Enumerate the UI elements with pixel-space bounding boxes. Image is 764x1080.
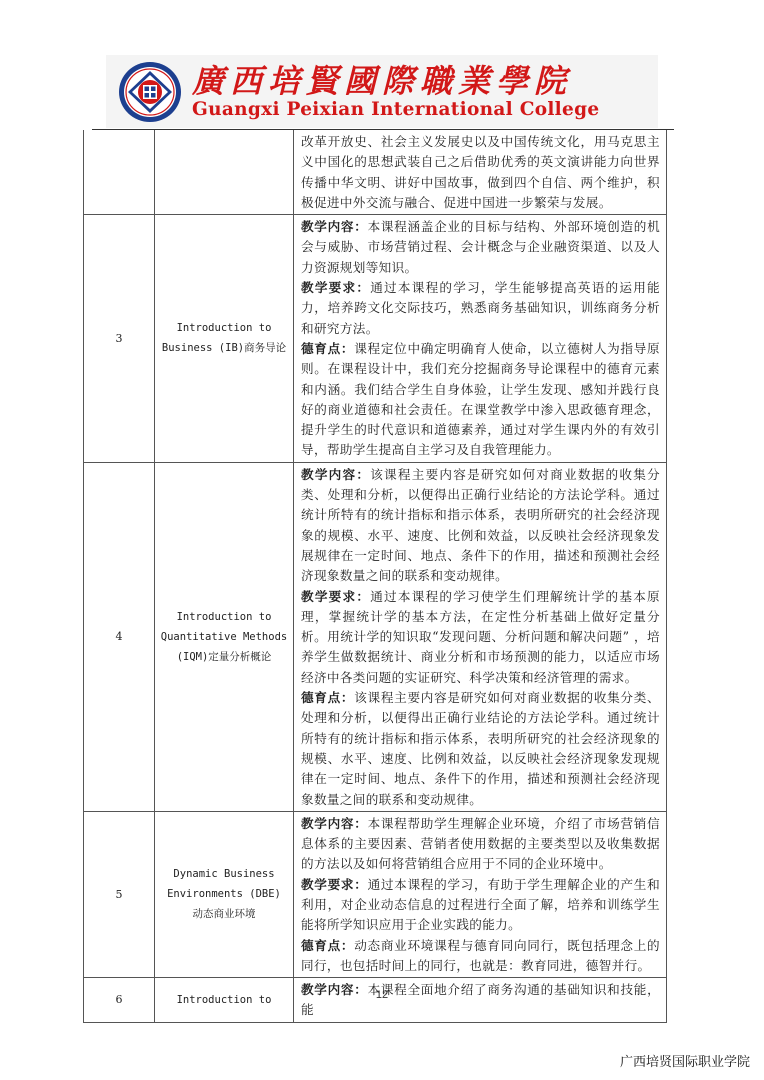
teaching-content: 教学内容：本课程帮助学生理解企业环境，介绍了市场营销信息体系的主要因素、营销者使… [301,814,660,875]
footer-college-name: 广西培贤国际职业学院 [620,1051,750,1070]
section-text: 课程定位中确定明确育人使命，以立德树人为指导原则。在课程设计中，我们充分挖掘商务… [301,341,660,457]
moral-education-points: 德育点：课程定位中确定明确育人使命，以立德树人为指导原则。在课程设计中，我们充分… [301,339,660,461]
course-description: 教学内容：该课程主要内容是研究如何对商业数据的收集分类、处理和分析，以便得出正确… [294,462,667,811]
college-emblem-icon [118,60,182,124]
moral-education-points: 德育点：该课程主要内容是研究如何对商业数据的收集分类、处理和分析，以便得出正确行… [301,688,660,810]
course-name: Dynamic Business Environments (DBE) 动态商业… [155,811,294,977]
college-name-cn: 廣西培賢國際職業學院 [192,63,599,99]
section-label: 教学内容： [301,816,368,831]
section-text: 该课程主要内容是研究如何对商业数据的收集分类、处理和分析，以便得出正确行业结论的… [301,467,660,583]
table-row: 改革开放史、社会主义发展史以及中国传统文化，用马克思主义中国化的思想武装自己之后… [84,130,667,215]
moral-education-points: 德育点：动态商业环境课程与德育同向同行，既包括理念上的同行，也包括时间上的同行，… [301,936,660,977]
header-banner: 廣西培賢國際職業學院 Guangxi Peixian International… [106,55,658,128]
course-number [84,130,155,215]
course-description: 教学内容：本课程帮助学生理解企业环境，介绍了市场营销信息体系的主要因素、营销者使… [294,811,667,977]
course-number: 3 [84,215,155,463]
section-label: 德育点： [301,341,354,356]
table-row: 5 Dynamic Business Environments (DBE) 动态… [84,811,667,977]
page-number: 12 [0,989,764,1001]
course-table: 改革开放史、社会主义发展史以及中国传统文化，用马克思主义中国化的思想武装自己之后… [83,130,667,1023]
teaching-requirements: 教学要求：通过本课程的学习，有助于学生理解企业的产生和利用，对企业动态信息的过程… [301,875,660,936]
section-label: 教学要求： [301,589,370,604]
description-paragraph: 改革开放史、社会主义发展史以及中国传统文化，用马克思主义中国化的思想武装自己之后… [301,132,660,213]
section-label: 教学要求： [301,280,370,295]
college-name-en: Guangxi Peixian International College [192,99,599,121]
course-description: 改革开放史、社会主义发展史以及中国传统文化，用马克思主义中国化的思想武装自己之后… [294,130,667,215]
course-number: 4 [84,462,155,811]
section-label: 教学内容： [301,467,370,482]
course-name [155,130,294,215]
table-row: 3 Introduction to Business (IB)商务导论 教学内容… [84,215,667,463]
course-description: 教学内容：本课程涵盖企业的目标与结构、外部环境创造的机会与威胁、市场营销过程、会… [294,215,667,463]
course-number: 5 [84,811,155,977]
college-title: 廣西培賢國際職業學院 Guangxi Peixian International… [192,63,599,121]
description-text: 改革开放史、社会主义发展史以及中国传统文化，用马克思主义中国化的思想武装自己之后… [301,134,660,210]
section-label: 德育点： [301,690,354,705]
teaching-content: 教学内容：本课程涵盖企业的目标与结构、外部环境创造的机会与威胁、市场营销过程、会… [301,217,660,278]
section-text: 该课程主要内容是研究如何对商业数据的收集分类、处理和分析，以便得出正确行业结论的… [301,690,660,806]
teaching-requirements: 教学要求：通过本课程的学习使学生们理解统计学的基本原理，掌握统计学的基本方法，在… [301,587,660,688]
teaching-requirements: 教学要求：通过本课程的学习，学生能够提高英语的运用能力，培养跨文化交际技巧，熟悉… [301,278,660,339]
section-label: 教学要求： [301,877,368,892]
teaching-content: 教学内容：该课程主要内容是研究如何对商业数据的收集分类、处理和分析，以便得出正确… [301,465,660,587]
course-name: Introduction to Business (IB)商务导论 [155,215,294,463]
table-row: 4 Introduction to Quantitative Methods (… [84,462,667,811]
course-name: Introduction to Quantitative Methods (IQ… [155,462,294,811]
section-text: 动态商业环境课程与德育同向同行，既包括理念上的同行，也包括时间上的同行，也就是：… [301,938,660,973]
section-label: 教学内容： [301,219,368,234]
section-label: 德育点： [301,938,354,953]
